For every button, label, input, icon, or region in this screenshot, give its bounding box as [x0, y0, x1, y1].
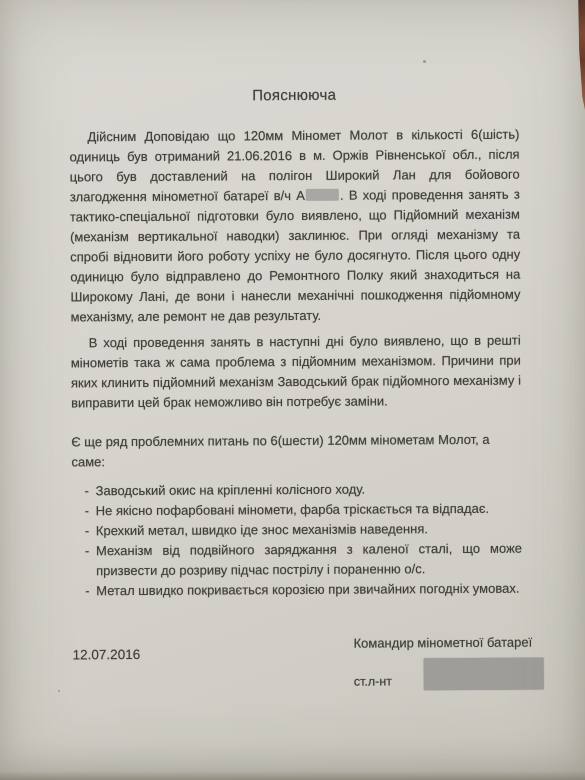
paper-speck — [58, 690, 60, 692]
paper-speck — [423, 60, 426, 63]
rank-row: ст.л-нт — [354, 657, 544, 691]
list-item-text: Заводський окис на кріпленні колісного х… — [96, 479, 522, 502]
list-item-text: Не якісно пофарбовані міномети, фарба тр… — [96, 499, 522, 522]
paragraph-opening: Дійсним Доповідаю що 120мм Міномет Молот… — [69, 125, 520, 328]
document-title: Пояснююча — [69, 85, 519, 108]
document-body: Пояснююча Дійсним Доповідаю що 120мм Мін… — [69, 85, 523, 694]
bullet-marker: - — [72, 521, 96, 541]
paper-bottom-edge — [0, 771, 585, 780]
list-item: - Не якісно пофарбовані міномети, фарба … — [72, 499, 522, 522]
list-item: - Заводський окис на кріпленні колісного… — [72, 479, 522, 502]
bullet-marker: - — [72, 541, 96, 581]
document-footer: 12.07.2016 Командир мінометної батареї с… — [73, 633, 523, 694]
list-item: - Метал швидко покривається корозією при… — [72, 579, 522, 602]
bullet-marker: - — [72, 581, 96, 601]
list-item-text: Крехкий метал, швидко іде знос механізмі… — [96, 519, 522, 542]
signature-block: Командир мінометної батареї ст.л-нт — [353, 632, 543, 691]
list-item-text: Механізм від подвійного заряджання з кал… — [96, 539, 522, 582]
redacted-unit-number — [306, 189, 339, 201]
list-item-text: Метал швидко покривається корозією при з… — [96, 579, 522, 602]
paragraph-defect-cause: В ході проведення занять в наступні дні … — [71, 331, 521, 414]
bullet-marker: - — [72, 501, 96, 521]
problem-list: - Заводський окис на кріпленні колісного… — [72, 479, 523, 602]
redacted-signature-name — [424, 657, 544, 690]
list-item: - Механізм від подвійного заряджання з к… — [72, 539, 522, 582]
bullet-marker: - — [72, 481, 96, 501]
document-date: 12.07.2016 — [73, 645, 141, 665]
signer-title: Командир мінометної батареї — [353, 632, 543, 653]
list-intro: Є ще ряд проблемних питань по 6(шести) 1… — [71, 430, 521, 473]
paragraph-opening-text-after: . В ході проведення занять з тактико-спе… — [70, 187, 521, 325]
table-surface-edge — [576, 0, 585, 110]
signer-rank: ст.л-нт — [354, 671, 392, 691]
list-item: - Крехкий метал, швидко іде знос механіз… — [72, 519, 522, 542]
photographed-document: Пояснююча Дійсним Доповідаю що 120мм Мін… — [0, 0, 585, 780]
